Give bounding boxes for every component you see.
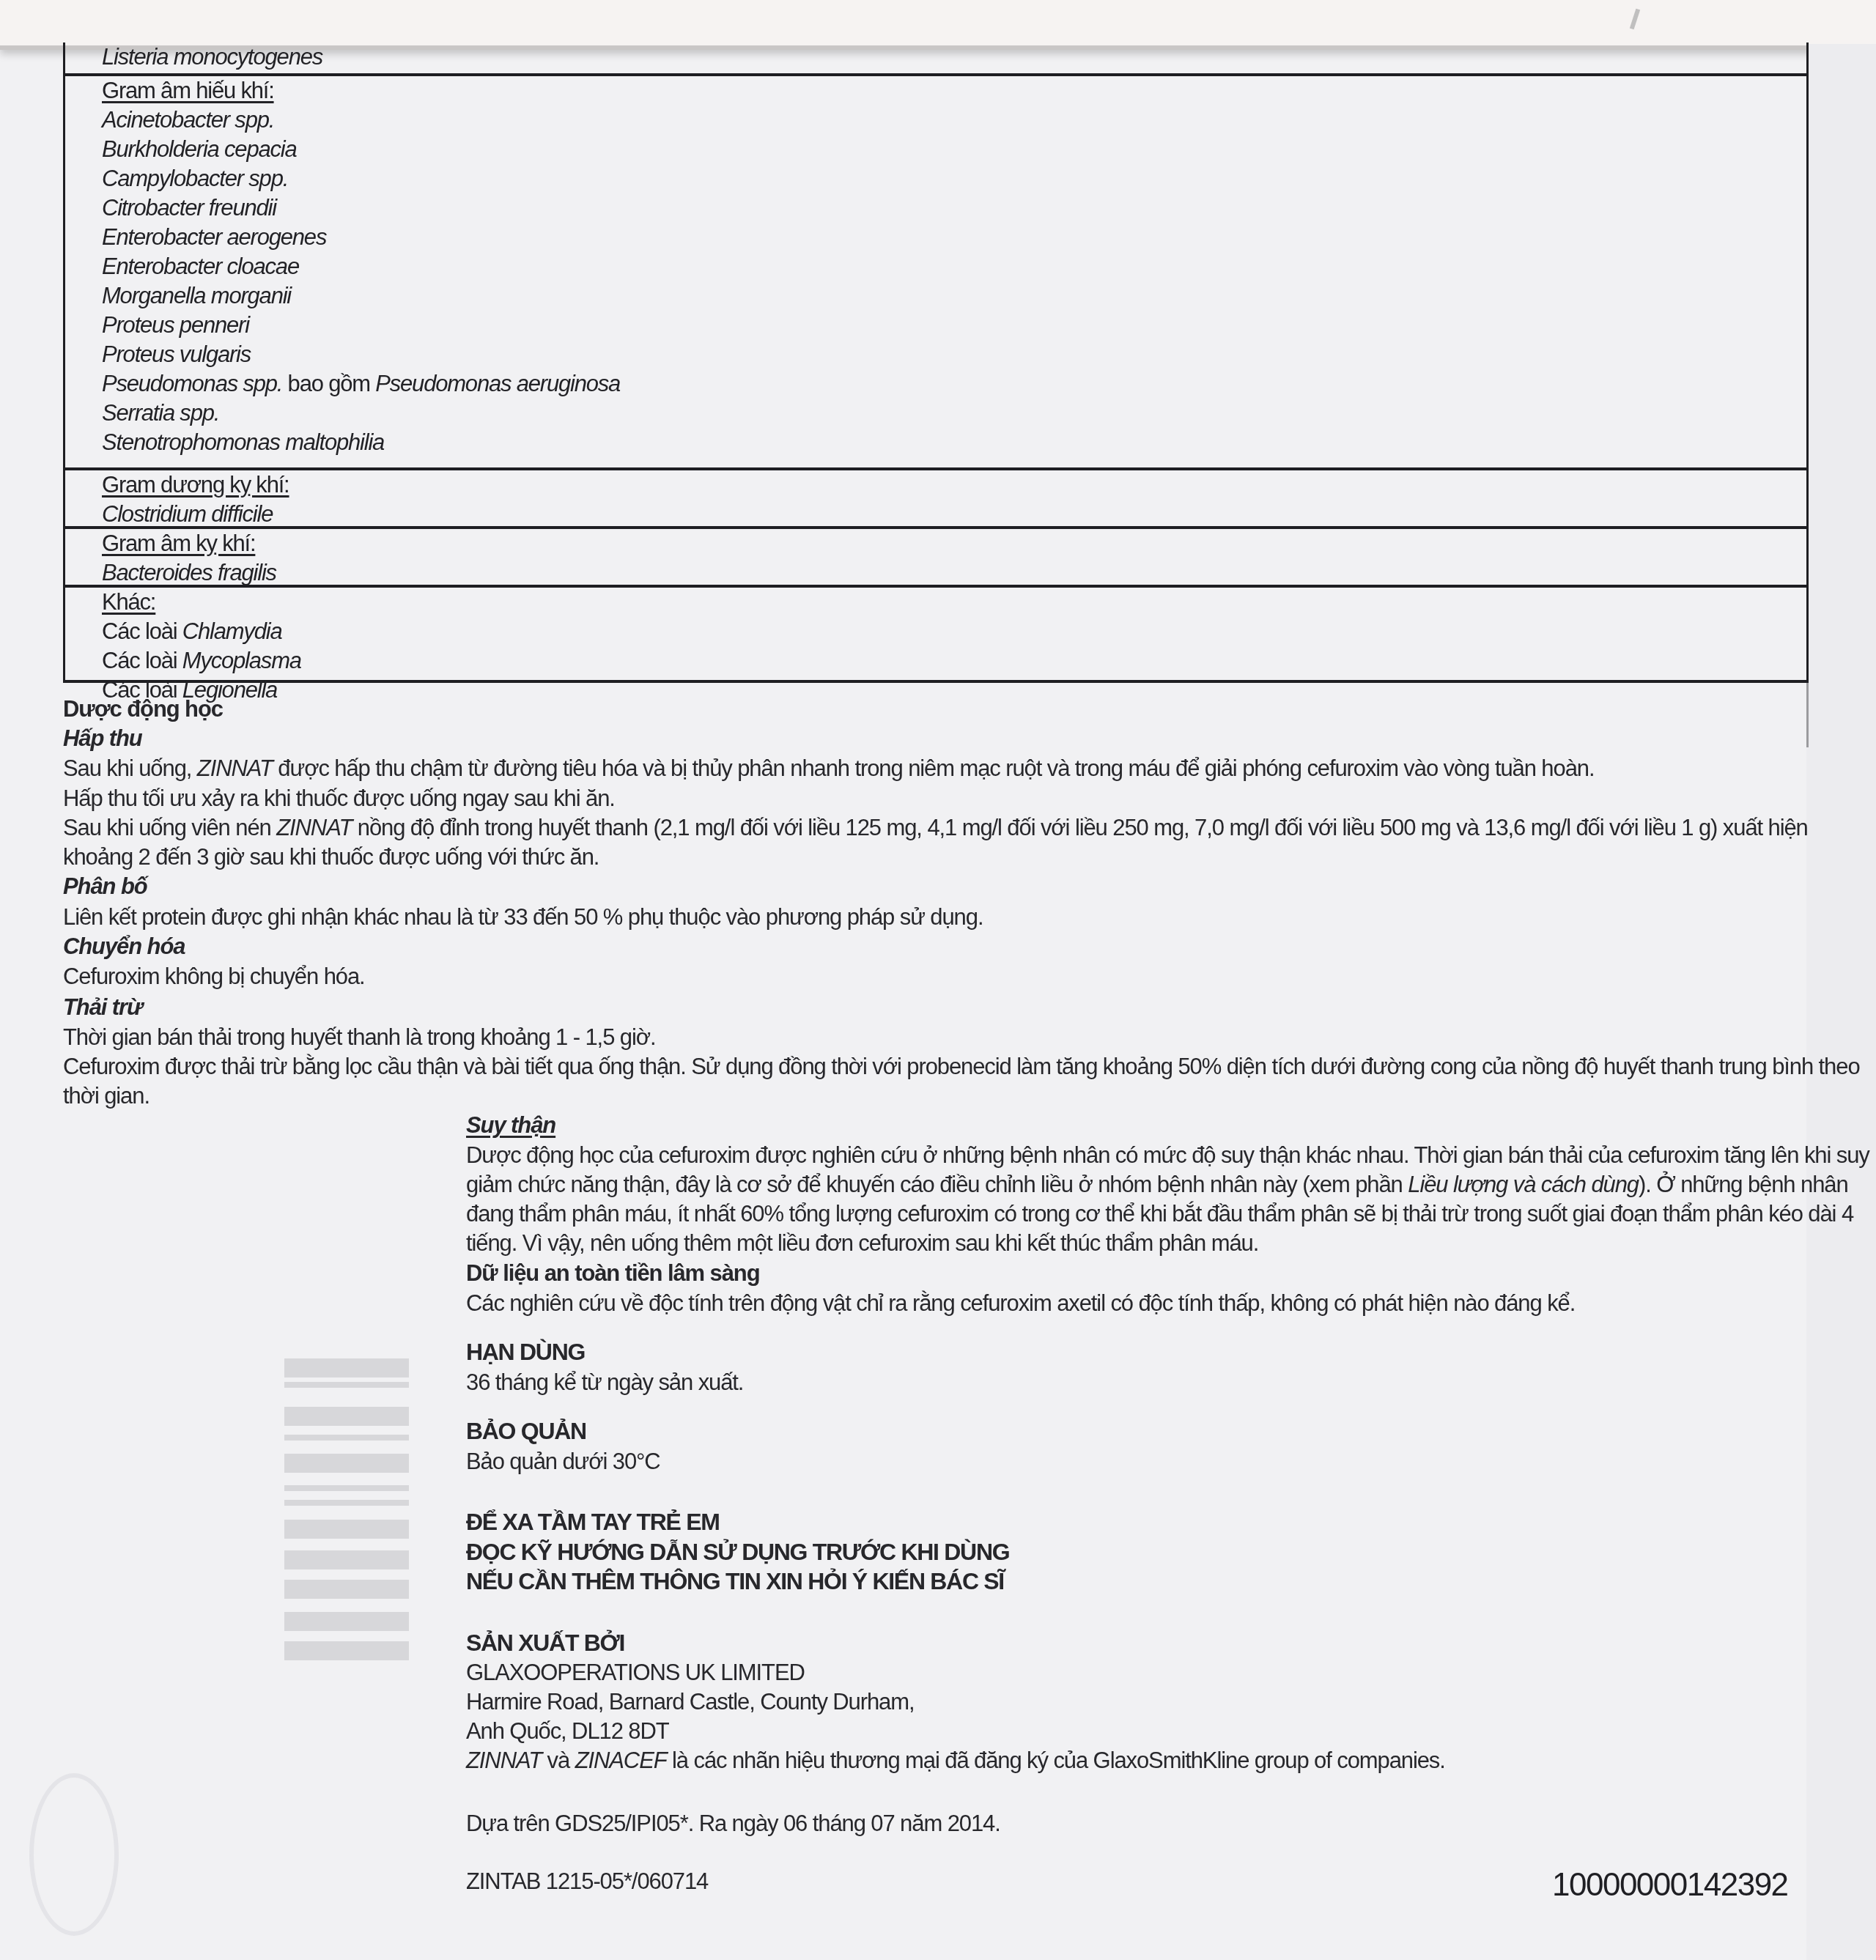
subheading-distribution: Phân bố (63, 872, 147, 901)
warning-line: ĐỌC KỸ HƯỚNG DẪN SỬ DỤNG TRƯỚC KHI DÙNG (466, 1537, 1009, 1567)
organism-name: Enterobacter aerogenes (102, 223, 326, 252)
brand-name: ZINACEF (575, 1748, 667, 1773)
based-on-note: Dựa trên GDS25/IPI05*. Ra ngày 06 tháng … (466, 1809, 1000, 1838)
subheading-metabolism: Chuyển hóa (63, 932, 185, 961)
paragraph: Liên kết protein được ghi nhận khác nhau… (63, 903, 983, 932)
paragraph: Cefuroxim không bị chuyển hóa. (63, 962, 365, 991)
barcode-number: 10000000142392 (1552, 1867, 1788, 1904)
organism-species: Pseudomonas aeruginosa (375, 371, 620, 396)
group-heading: Gram âm hiếu khí: (102, 76, 274, 106)
heading-manufacturer: SẢN XUẤT BỞI (466, 1628, 624, 1657)
section-title-pharmacokinetics: Dược động học (63, 695, 223, 724)
bleed-through-bar (284, 1550, 409, 1569)
bleed-through-bar (284, 1382, 409, 1388)
organism-name: Morganella morganii (102, 281, 291, 311)
bleed-through-seal (29, 1773, 119, 1936)
text: Sau khi uống viên nén (63, 815, 276, 840)
organism-name: Proteus penneri (102, 311, 249, 340)
paragraph: Thời gian bán thải trong huyết thanh là … (63, 1023, 655, 1052)
organism-name: Proteus vulgaris (102, 340, 251, 369)
organism-genus: Mycoplasma (182, 648, 301, 673)
bleed-through-bar (284, 1580, 409, 1599)
table-row: Gram dương kỵ khí: Clostridium difficile (65, 467, 1806, 526)
bleed-through-bar (284, 1485, 409, 1491)
paragraph: Cefuroxim được thải trừ bằng lọc cầu thậ… (63, 1052, 1860, 1081)
text: giảm chức năng thận, đây là cơ sở để khu… (466, 1172, 1408, 1197)
bleed-through-bar (284, 1435, 409, 1441)
paragraph: khoảng 2 đến 3 giờ sau khi thuốc được uố… (63, 843, 599, 872)
paragraph: Dược động học của cefuroxim được nghiên … (466, 1141, 1869, 1170)
bleed-through-bar (284, 1407, 409, 1426)
organism-name: Các loài Mycoplasma (102, 646, 301, 676)
brand-name: ZINNAT (466, 1748, 542, 1773)
text: ). Ở những bệnh nhân (1639, 1172, 1848, 1197)
organism-name: Bacteroides fragilis (102, 558, 276, 588)
connector-text: bao gồm (282, 371, 375, 396)
subheading-preclinical: Dữ liệu an toàn tiền lâm sàng (466, 1259, 760, 1288)
text: là các nhãn hiệu thương mại đã đăng ký c… (667, 1748, 1445, 1773)
subheading-absorption: Hấp thu (63, 724, 142, 753)
shelf-life-text: 36 tháng kể từ ngày sản xuất. (466, 1368, 743, 1397)
paragraph: giảm chức năng thận, đây là cơ sở để khu… (466, 1170, 1848, 1199)
warning-line: ĐỂ XA TẦM TAY TRẺ EM (466, 1507, 720, 1536)
manufacturer-address: Anh Quốc, DL12 8DT (466, 1717, 669, 1746)
paragraph: đang thẩm phân máu, ít nhất 60% tổng lượ… (466, 1199, 1853, 1229)
paragraph: thời gian. (63, 1081, 149, 1111)
subheading-elimination: Thải trừ (63, 993, 142, 1022)
paragraph: Hấp thu tối ưu xảy ra khi thuốc được uốn… (63, 784, 615, 813)
organism-name: Campylobacter spp. (102, 164, 288, 193)
group-heading: Gram dương kỵ khí: (102, 470, 289, 500)
document-code: ZINTAB 1215-05*/060714 (466, 1867, 708, 1896)
organism-name: Pseudomonas spp. bao gồm Pseudomonas aer… (102, 369, 620, 399)
text: được hấp thu chậm từ đường tiêu hóa và b… (273, 755, 1595, 781)
cross-reference: Liều lượng và cách dùng (1408, 1172, 1639, 1197)
bleed-through-bar (284, 1454, 409, 1473)
organism-name: Serratia spp. (102, 399, 219, 428)
table-row: Khác: Các loài Chlamydia Các loài Mycopl… (65, 585, 1806, 680)
table-row: Gram âm kỵ khí: Bacteroides fragilis (65, 526, 1806, 585)
antibacterial-spectrum-table: Listeria monocytogenes Gram âm hiếu khí:… (63, 42, 1809, 683)
organism-genus: Pseudomonas spp. (102, 371, 282, 396)
organism-name: Listeria monocytogenes (102, 42, 322, 72)
brand-name: ZINNAT (197, 755, 273, 781)
table-row: Listeria monocytogenes (65, 42, 1806, 73)
paragraph: tiếng. Vì vậy, nên uống thêm một liều đơ… (466, 1229, 1258, 1258)
group-heading: Gram âm kỵ khí: (102, 529, 255, 558)
text: nồng độ đỉnh trong huyết thanh (2,1 mg/l… (352, 815, 1808, 840)
organism-name: Citrobacter freundii (102, 193, 276, 223)
brand-name: ZINNAT (276, 815, 352, 840)
text: Sau khi uống, (63, 755, 197, 781)
warning-line: NẾU CẦN THÊM THÔNG TIN XIN HỎI Ý KIẾN BÁ… (466, 1567, 1004, 1596)
text: và (542, 1748, 575, 1773)
table-row: Gram âm hiếu khí: Acinetobacter spp. Bur… (65, 73, 1806, 467)
prefix-text: Các loài (102, 648, 182, 673)
paragraph: Các nghiên cứu về độc tính trên động vật… (466, 1289, 1575, 1318)
subheading-renal-impairment: Suy thận (466, 1111, 555, 1140)
bleed-through-bar (284, 1520, 409, 1539)
organism-name: Stenotrophomonas maltophilia (102, 428, 384, 457)
manufacturer-address: Harmire Road, Barnard Castle, County Dur… (466, 1687, 914, 1717)
bleed-through-bar (284, 1641, 409, 1660)
organism-name: Enterobacter cloacae (102, 252, 299, 281)
paper-edge-right (1806, 44, 1876, 1960)
bleed-through-bar (284, 1358, 409, 1377)
bleed-through-bar (284, 1500, 409, 1506)
organism-name: Clostridium difficile (102, 500, 273, 529)
paragraph: Sau khi uống, ZINNAT được hấp thu chậm t… (63, 754, 1594, 783)
organism-name: Burkholderia cepacia (102, 135, 297, 164)
prefix-text: Các loài (102, 618, 182, 644)
heading-shelf-life: HẠN DÙNG (466, 1337, 585, 1367)
group-heading: Khác: (102, 588, 155, 617)
manufacturer-name: GLAXOOPERATIONS UK LIMITED (466, 1658, 805, 1687)
storage-text: Bảo quản dưới 30°C (466, 1447, 660, 1476)
bleed-through-bar (284, 1612, 409, 1631)
trademark-notice: ZINNAT và ZINACEF là các nhãn hiệu thươn… (466, 1746, 1445, 1775)
organism-genus: Chlamydia (182, 618, 282, 644)
paragraph: Sau khi uống viên nén ZINNAT nồng độ đỉn… (63, 813, 1808, 843)
organism-name: Acinetobacter spp. (102, 106, 274, 135)
organism-name: Các loài Chlamydia (102, 617, 281, 646)
heading-storage: BẢO QUẢN (466, 1416, 586, 1446)
